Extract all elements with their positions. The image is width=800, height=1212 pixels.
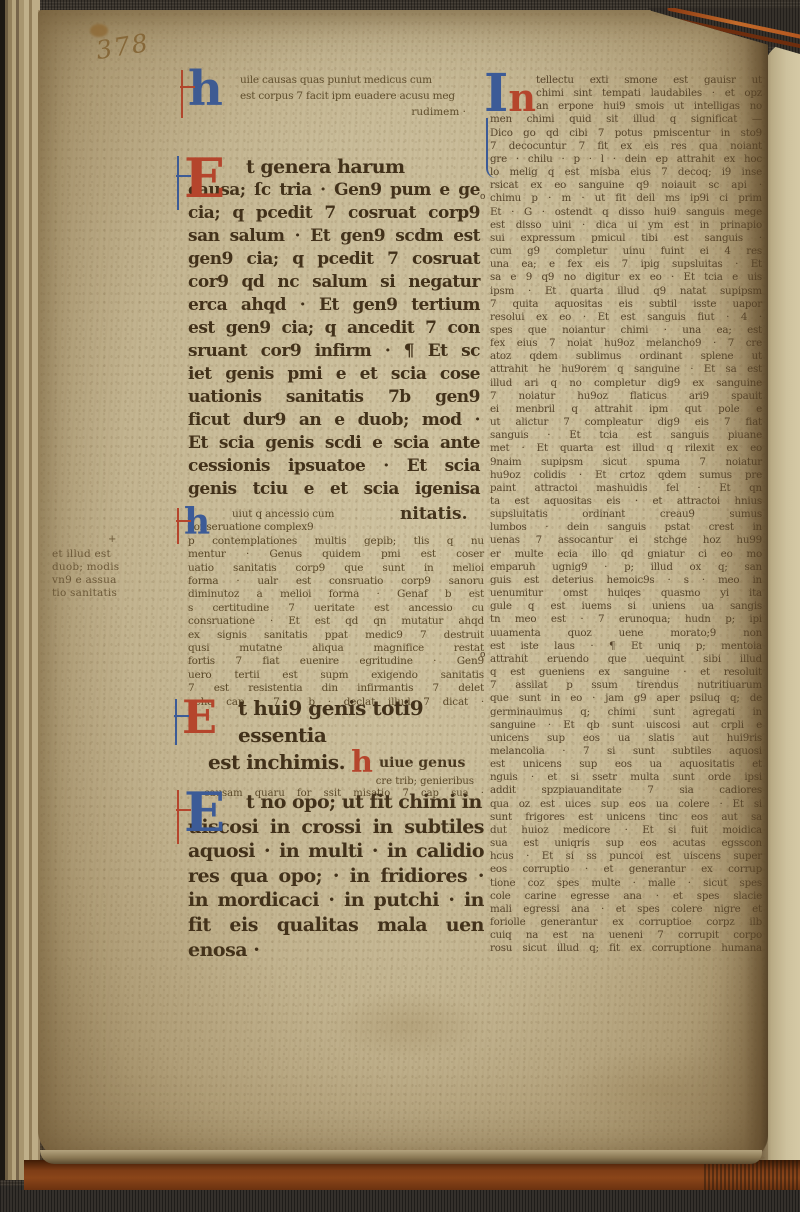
text-line: Et scia genis scdi e scia ante: [188, 432, 480, 455]
margin-note-mark: +: [108, 534, 116, 545]
text-line: lumbos · dein sanguis pstat crest in: [490, 521, 762, 534]
text-line: cole carine egresse ana · et spes slacie: [490, 890, 762, 903]
manuscript-page: 378 + et illud estduob; modisvn9 e assua…: [38, 10, 768, 1160]
text-line: foriolle generantur ex corruptioe corpz …: [490, 916, 762, 929]
text-line: cor9 qd nc salum si negatur: [188, 271, 480, 294]
illuminated-initial-h: h: [188, 68, 223, 111]
text-line: tione coz spes multe · malle · sicut spe…: [490, 877, 762, 890]
text-line: gule q est iuems si uniens ua sangis: [490, 600, 762, 613]
closing-lines: t no opo; ut fit chimi inuiscosi in cros…: [188, 790, 484, 962]
text-line: rudimem ·: [240, 104, 480, 120]
page-bottom-edges: [40, 1150, 762, 1164]
margin-note-line: duob; modis: [52, 561, 182, 574]
penwork-flourish: [177, 790, 179, 844]
text-line: t genera harum: [188, 156, 480, 179]
text-line: est unicens sup eos ua aquositatis et: [490, 758, 762, 771]
text-line: gen9 cia; q pcedit 7 cosruat: [188, 248, 480, 271]
text-line: supsluitatis ordinant creau9 sumus: [490, 508, 762, 521]
text-line: q est gueniens ex sanguine · et resoluit: [490, 666, 762, 679]
manuscript-photo: 378 + et illud estduob; modisvn9 e assua…: [0, 0, 800, 1212]
text-line: genis tciu e et scia igenisa: [188, 478, 480, 501]
text-line: 7 noiatur hu9oz flaticus ari9 spauit: [490, 390, 762, 403]
text-line: qusi mutatne aliqua magnifice restat: [188, 642, 484, 655]
text-line: uationis sanitatis 7b gen9: [188, 386, 480, 409]
text-line: addit spzpiauanditate 7 sia cadiores: [490, 784, 762, 797]
heading-subtext: uiue genus: [379, 749, 465, 771]
left-column-header: h uile causas quas puniut medicus cumest…: [188, 72, 480, 120]
text-line: aquosi · in multi · in calidio: [188, 839, 484, 864]
penwork-flourish: [175, 699, 177, 745]
text-line: forma · ualr est consruatio corp9 sanoru: [188, 575, 484, 588]
left-column-closing: E t no opo; ut fit chimi inuiscosi in cr…: [188, 790, 484, 962]
text-line: sruant cor9 infirm · ¶ Et sc: [188, 340, 480, 363]
text-line: cum g9 completur uinu fuint ei 4 res: [490, 245, 762, 258]
left-column-main: E t genera harumcausa; ſc tria · Gen9 pu…: [188, 156, 480, 501]
text-line: melancolia · 7 si sunt subtiles aquosi: [490, 745, 762, 758]
margin-note: + et illud estduob; modisvn9 e assuatio …: [52, 548, 182, 600]
margin-note-line: vn9 e assua: [52, 574, 182, 587]
text-line: ficut dur9 an e duob; mod ·: [188, 409, 480, 432]
text-line: eos corruptio · et generantur ex corrup: [490, 863, 762, 876]
parchment-stain: [328, 990, 488, 1060]
text-line: er multe ecia illo qd gniatur ci eo mo: [490, 548, 762, 561]
heading-line: t hui9 genis toti9 essentia: [188, 695, 484, 749]
text-line: una ea; e fex eis 7 ipig supsluitas · Et: [490, 258, 762, 271]
text-line: fit eis qualitas mala uen: [188, 913, 484, 938]
penwork-flourish: [181, 70, 183, 118]
text-line: hcus · Et si ss puncoi est uiscens super: [490, 850, 762, 863]
heading-line: est inchimis.: [208, 749, 345, 775]
text-line: resolui ex eo · Et est sanguis fiut · 4 …: [490, 311, 762, 324]
text-line: res qua opo; · in fridiores ·: [188, 864, 484, 889]
text-line: Dico go qd cibi 7 potus pmiscentur in st…: [490, 127, 762, 140]
text-line: paint attractoi mashuidis fel · Et qn: [490, 482, 762, 495]
text-line: chimu p · m · ut fit deil ms ip9i ci pri…: [490, 192, 762, 205]
text-line: guis est deterius hemoic9s · s · meo in: [490, 574, 762, 587]
text-line: sanguis · Et tcia est sanguis piuane: [490, 429, 762, 442]
illuminated-initial-h: h: [184, 506, 210, 538]
text-line: 7 decocuntur 7 fit ex eis res qua noiant: [490, 140, 762, 153]
text-line: ei menbril q attrahit ipm qut pole e: [490, 403, 762, 416]
text-line: sanguine · Et qb sunt uiscosi aut crpli …: [490, 719, 762, 732]
text-line: spes que noiantur chimi · una ea; est: [490, 324, 762, 337]
text-line: unicens sup eos ua slatis aut hui9ris: [490, 732, 762, 745]
penwork-flourish: [177, 508, 179, 544]
text-line: uiut q ancessio cum: [188, 508, 484, 521]
text-line: uero tertii est supm exigendo sanitatis: [188, 669, 484, 682]
text-line: dut huioz medicore · Et si fuit moidica: [490, 824, 762, 837]
text-line: san salum · Et gen9 scdm est: [188, 225, 480, 248]
text-line: fex eius 7 noiat hu9oz melancho9 · 7 cre: [490, 337, 762, 350]
text-line: ut alictur 7 compleatur dig9 eis 7 fiat: [490, 416, 762, 429]
text-line: nguis · et si ssetr multa sunt orde ipsi: [490, 771, 762, 784]
text-line: mali egressi ana · et spes colere nigre …: [490, 903, 762, 916]
text-line: cia; q pcedit 7 cosruat corp9: [188, 202, 480, 225]
text-line: cre trib; genieribus: [188, 776, 484, 788]
text-line: in mordicaci · in putchi · in: [188, 888, 484, 913]
text-line: p contemplationes multis gepib; tlis q n…: [188, 535, 484, 548]
text-line: enosa ·: [188, 938, 484, 963]
text-line: mentur · Genus quidem pmi est coser: [188, 548, 484, 561]
text-line: erca ahqd · Et gen9 tertium: [188, 294, 480, 317]
text-line: gre · chilu · p · l · dein ep attrahit e…: [490, 153, 762, 166]
text-line: sui expressum pmicul tibi est sanguis ·: [490, 232, 762, 245]
left-column-chimi-heading: E t hui9 genis toti9 essentia est inchim…: [188, 695, 484, 800]
text-line: germinauimus q; chimi sunt agregati in: [490, 706, 762, 719]
text-line: sunt frigores est unicens tinc eos aut s…: [490, 811, 762, 824]
illuminated-initial-e: E: [184, 154, 225, 203]
text-line: lo melig q est misba eius 7 decoq; i9 in…: [490, 166, 762, 179]
margin-note-line: et illud est: [52, 548, 182, 561]
header-lines: uile causas quas puniut medicus cumest c…: [188, 72, 480, 104]
right-column: In tellectu exti smone est gauisr utchim…: [490, 74, 762, 955]
text-line: diminutoz a melioi forma · Genaf b est: [188, 588, 484, 601]
parchment-stain: [558, 1050, 758, 1130]
text-line: uatio sanitatis corp9 que sunt in melioi: [188, 562, 484, 575]
illuminated-initial-h: h: [351, 749, 373, 776]
text-line: met · Et quarta est illud q rilexit ex e…: [490, 442, 762, 455]
text-line: attrahit he hu9orem q sanguine · Et sa e…: [490, 363, 762, 376]
right-column-lines: tellectu exti smone est gauisr utchimi s…: [490, 74, 762, 955]
text-line: cessionis ipsuatoe · Et scia: [188, 455, 480, 478]
text-line: conseruatione complex9: [188, 521, 484, 534]
text-line: illud ari q no completur dig9 ex sanguin…: [490, 377, 762, 390]
penwork-flourish: [486, 118, 496, 178]
text-line: causa; ſc tria · Gen9 pum e ge: [188, 179, 480, 202]
text-line: 9naim supipsm sicut spuma 7 noiatur: [490, 456, 762, 469]
text-line: est corpus 7 facit ipm euadere acusu meg: [240, 88, 480, 104]
margin-note-line: tio sanitatis: [52, 587, 182, 600]
text-line: ex signis sanitatis ppat medic9 7 destru…: [188, 629, 484, 642]
penwork-flourish: [177, 156, 179, 210]
text-line: uenas 7 assocantur ei stchge hoz hu99: [490, 534, 762, 547]
text-line: consruatione · Et est qd qn mutatur ahqd: [188, 615, 484, 628]
text-line: t no opo; ut fit chimi in: [188, 790, 484, 815]
text-line: 7 assilat p ssum tirendus nutritiuarum: [490, 679, 762, 692]
text-line: rsicat ex eo sanguine q9 noiauit sc api …: [490, 179, 762, 192]
margin-note-lines: et illud estduob; modisvn9 e assuatio sa…: [52, 548, 182, 600]
text-line: est gen9 cia; q ancedit 7 con: [188, 317, 480, 340]
text-line: Et · G · ostendt q disso hui9 sanguis me…: [490, 206, 762, 219]
text-line: que sunt in eo · jam g9 aper psiluq q; d…: [490, 692, 762, 705]
page-edges-stack: [0, 0, 40, 1180]
main-text-lines: t genera harumcausa; ſc tria · Gen9 pum …: [188, 156, 480, 501]
text-line: sa e 9 q9 no digitur ex eo · Et tcia e u…: [490, 271, 762, 284]
text-line: fortis 7 fiat euenire egritudine · Gen9: [188, 655, 484, 668]
text-line: attrahit eruendo que uequint sibi illud: [490, 653, 762, 666]
cover-leather-strip: [24, 1160, 800, 1190]
text-line: atoz qdem sublimus ordinant splene ut: [490, 350, 762, 363]
text-line: uiscosi in crossi in subtiles: [188, 815, 484, 840]
text-line: uenumitur omst huiqes quasmo yi ita: [490, 587, 762, 600]
illuminated-initial-e: E: [182, 697, 217, 738]
text-line: ipsm · Et quarta illud q9 natat supipsm: [490, 285, 762, 298]
text-line: rosu sicut illud q; fit ex corruptione h…: [490, 942, 762, 955]
text-line: uuamenta quoz uene morato;9 non: [490, 627, 762, 640]
commentary-lines: uiut q ancessio cumconseruatione complex…: [188, 508, 484, 709]
text-line: 7 est resistentia din infirmantis 7 dele…: [188, 682, 484, 695]
margin-mark: o: [480, 192, 485, 202]
text-line: cuiq na est na ueneni 7 corrupit corpo: [490, 929, 762, 942]
text-line: est iste laus · ¶ Et uniq p; mentoia: [490, 640, 762, 653]
illuminated-initial-in: In: [484, 72, 536, 116]
illuminated-initial-e: E: [184, 788, 225, 837]
text-line: hu9oz colidis · Et crtoz qdem sumus pre: [490, 469, 762, 482]
left-column-commentary: h uiut q ancessio cumconseruatione compl…: [188, 508, 484, 709]
text-line: tn meo est · 7 erunoqua; hudn p; ipi: [490, 613, 762, 626]
text-line: s certitudine 7 ueritate est ancessio cu: [188, 602, 484, 615]
text-line: 7 quita aquositas eis subtil isste uapor: [490, 298, 762, 311]
folio-number: 378: [94, 28, 152, 65]
text-line: uile causas quas puniut medicus cum: [240, 72, 480, 88]
text-line: est disso uini · dica ui ym est in prina…: [490, 219, 762, 232]
text-line: qua oz est uices sup eos ua colere · Et …: [490, 798, 762, 811]
text-line: ta est aquositas eis · et attractoi hniu…: [490, 495, 762, 508]
text-line: sua est uniqris sup eos acutas egsscon: [490, 837, 762, 850]
heading-row: est inchimis. h uiue genus: [188, 749, 484, 776]
text-line: iet genis pmi e et scia cose: [188, 363, 480, 386]
text-line: emparuh ugnig9 · p; illud ox q; san: [490, 561, 762, 574]
